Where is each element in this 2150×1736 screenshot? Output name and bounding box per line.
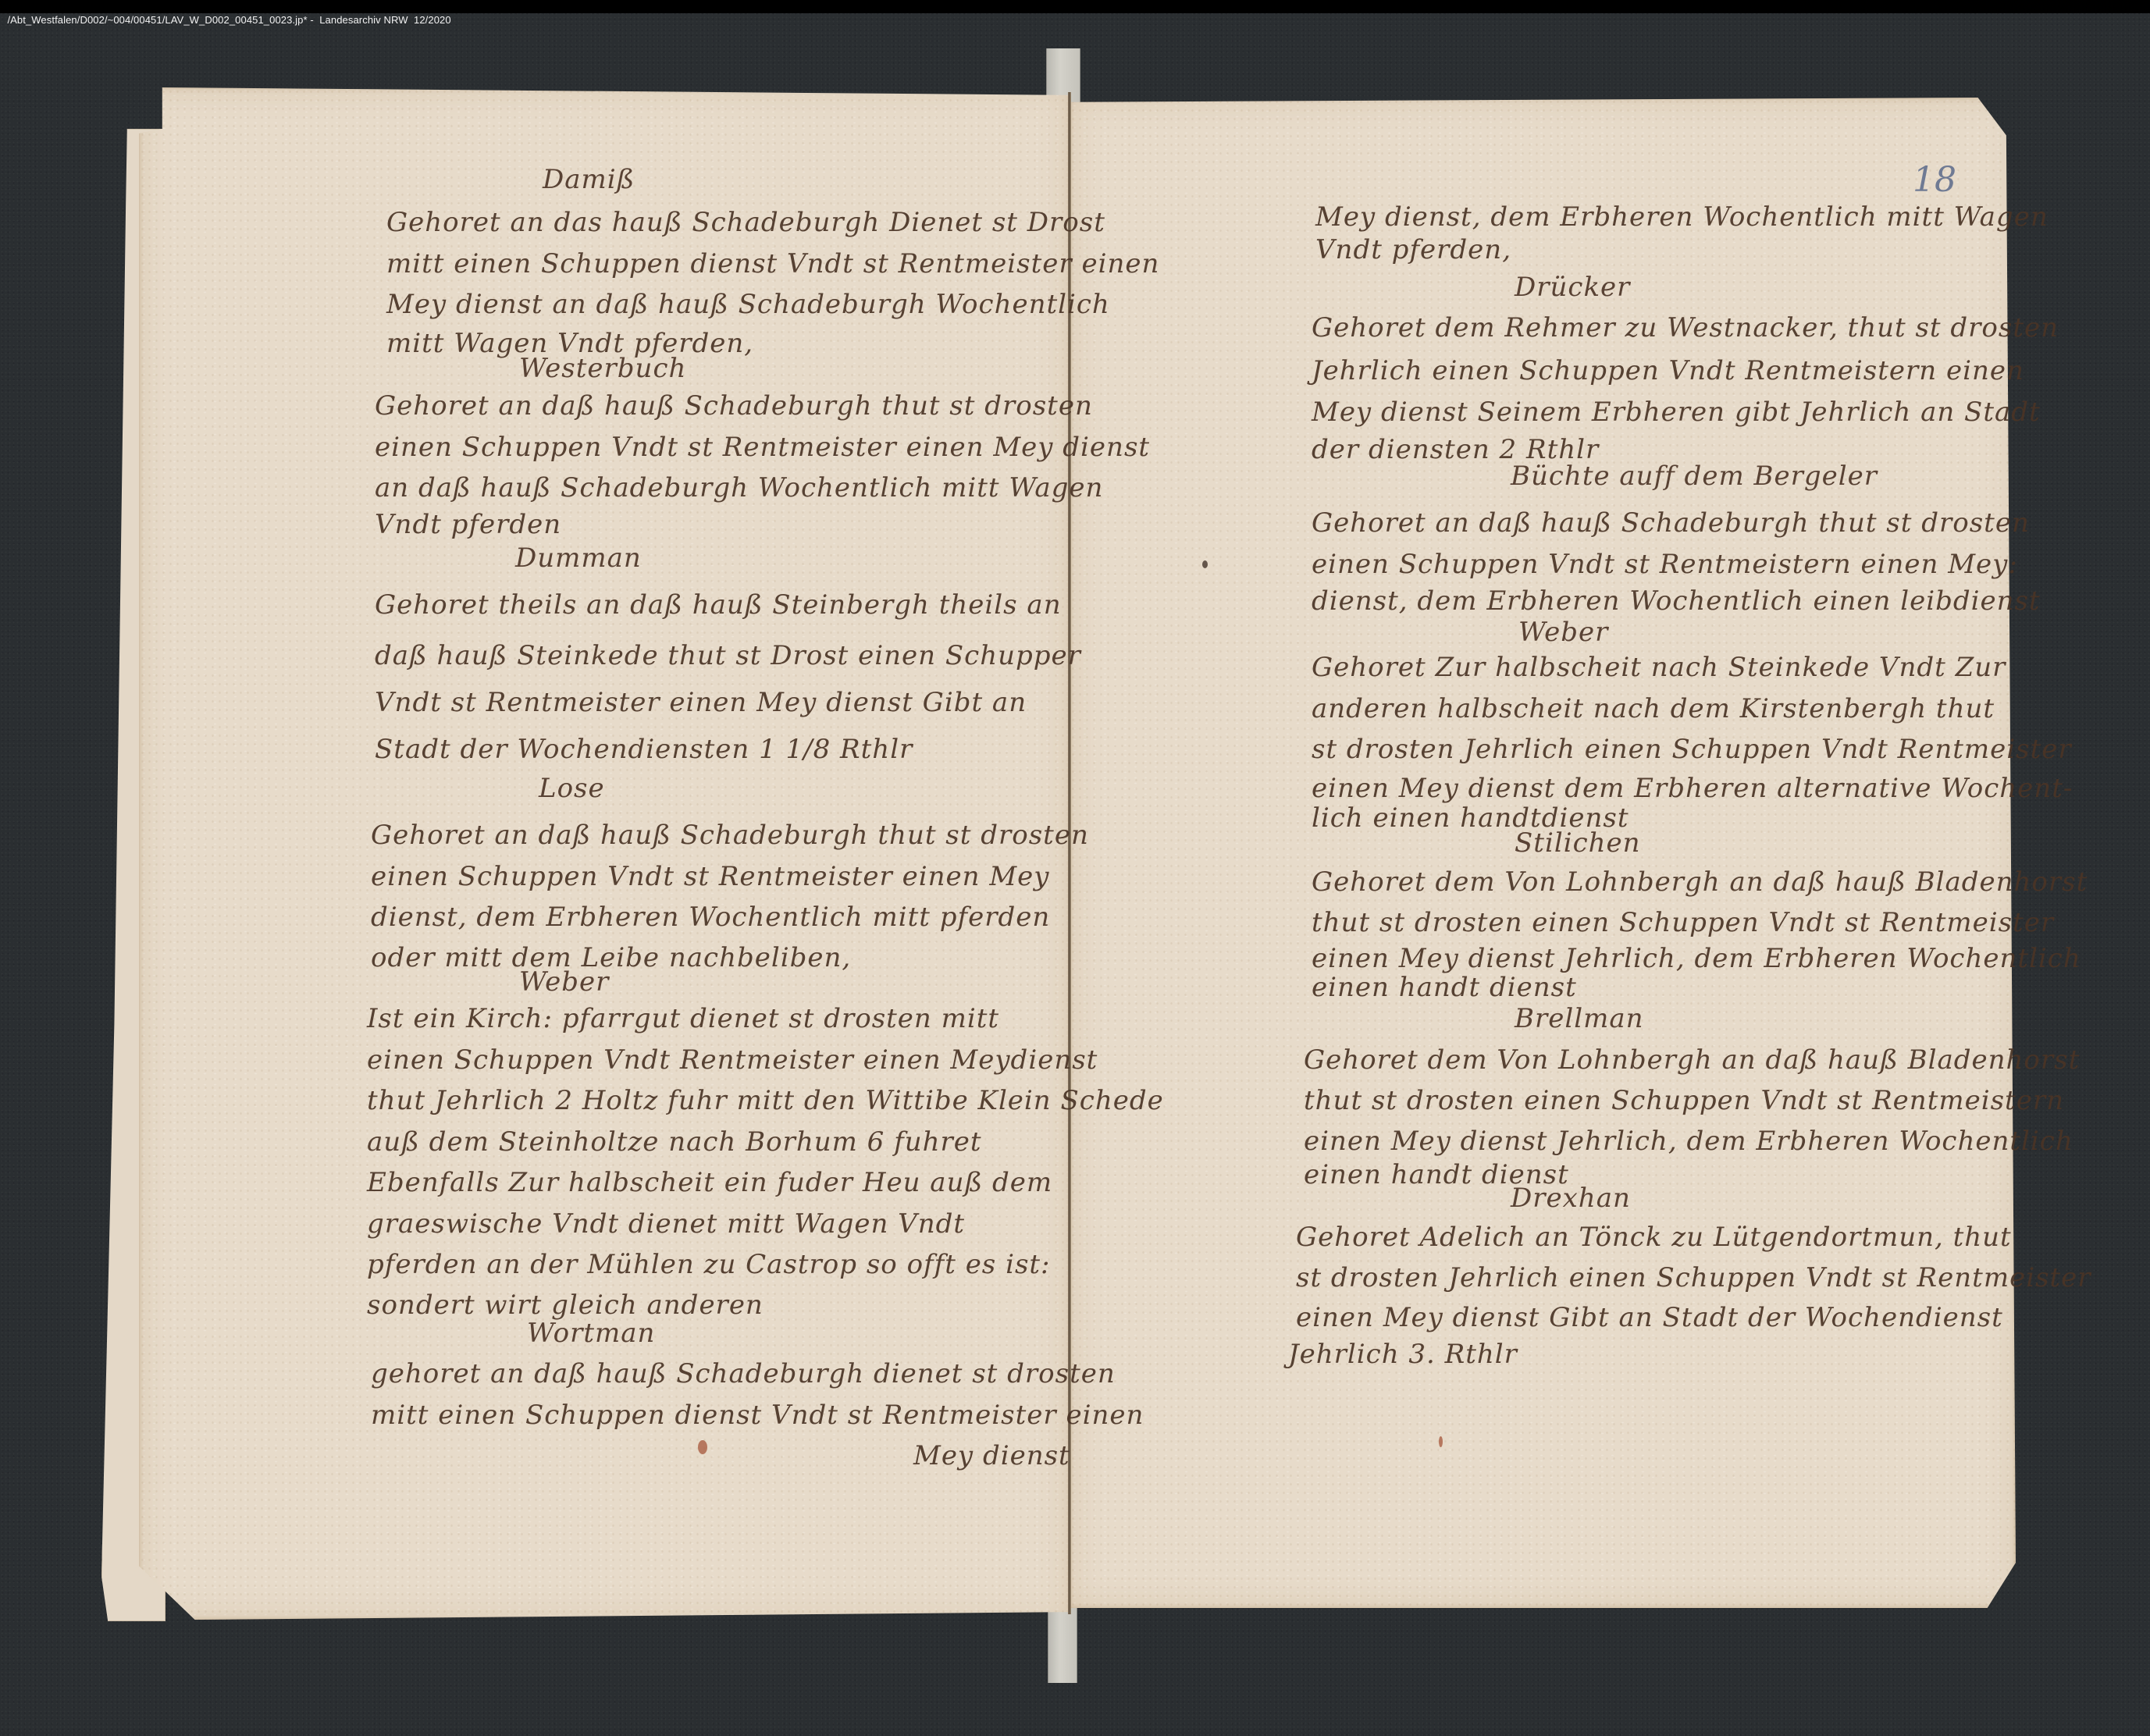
- text-line: einen Schuppen Vndt st Rentmeister einen…: [375, 432, 1150, 463]
- entry-heading: Büchte auff dem Bergeler: [1511, 461, 1878, 492]
- text-line: Vndt pferden,: [1315, 234, 1511, 265]
- text-line: einen Mey dienst Jehrlich, dem Erbheren …: [1304, 1126, 2073, 1157]
- entry-heading: Stilichen: [1515, 827, 1641, 859]
- text-line: Vndt st Rentmeister einen Mey dienst Gib…: [375, 687, 1027, 718]
- entry-heading: Wortman: [527, 1318, 655, 1349]
- text-line: graeswische Vndt dienet mitt Wagen Vndt: [367, 1208, 965, 1240]
- text-line: Gehoret an daß hauß Schadeburgh thut st …: [371, 820, 1089, 851]
- text-line: Ebenfalls Zur halbscheit ein fuder Heu a…: [367, 1167, 1052, 1198]
- text-line: einen Mey dienst Gibt an Stadt der Woche…: [1296, 1302, 2003, 1333]
- entry-heading: Westerbuch: [519, 353, 686, 384]
- text-line: mitt einen Schuppen dienst Vndt st Rentm…: [386, 248, 1159, 279]
- entry-heading: Lose: [539, 773, 605, 804]
- text-line: anderen halbscheit nach dem Kirstenbergh…: [1312, 693, 1995, 724]
- text-line: daß hauß Steinkede thut st Drost einen S…: [375, 640, 1081, 671]
- text-line: Stadt der Wochendiensten 1 1/8 Rthlr: [375, 734, 913, 765]
- text-line: gehoret an daß hauß Schadeburgh dienet s…: [371, 1358, 1116, 1389]
- text-line: thut Jehrlich 2 Holtz fuhr mitt den Witt…: [367, 1085, 1164, 1116]
- window-title-bar: /Abt_Westfalen/D002/~004/00451/LAV_W_D00…: [0, 0, 2150, 13]
- text-line: sondert wirt gleich anderen: [367, 1290, 764, 1321]
- entry-heading: Drücker: [1515, 272, 1630, 303]
- text-line: Gehoret dem Von Lohnbergh an daß hauß Bl…: [1304, 1044, 2080, 1076]
- text-line: Gehoret dem Rehmer zu Westnacker, thut s…: [1312, 312, 2059, 343]
- text-line: Mey dienst, dem Erbheren Wochentlich mit…: [1315, 201, 2049, 233]
- text-line: Ist ein Kirch: pfarrgut dienet st droste…: [367, 1003, 999, 1034]
- entry-heading: Brellman: [1515, 1003, 1644, 1034]
- text-line: Jehrlich einen Schuppen Vndt Rentmeister…: [1312, 355, 2024, 386]
- text-line: einen Schuppen Vndt st Rentmeistern eine…: [1312, 549, 2018, 580]
- window-title: /Abt_Westfalen/D002/~004/00451/LAV_W_D00…: [7, 14, 450, 26]
- rust-spot: [698, 1440, 707, 1454]
- folio-number: 18: [1913, 160, 1956, 200]
- text-line: einen Mey dienst dem Erbheren alternativ…: [1312, 773, 2073, 804]
- text-line: Gehoret Zur halbscheit nach Steinkede Vn…: [1312, 652, 2006, 683]
- text-line: Mey dienst Seinem Erbheren gibt Jehrlich…: [1312, 397, 2041, 428]
- text-line: dienst, dem Erbheren Wochentlich mitt pf…: [371, 902, 1050, 933]
- text-line: st drosten Jehrlich einen Schuppen Vndt …: [1296, 1262, 2091, 1293]
- text-line: einen Schuppen Vndt st Rentmeister einen…: [371, 861, 1049, 892]
- text-line: thut st drosten einen Schuppen Vndt st R…: [1304, 1085, 2064, 1116]
- text-line: thut st drosten einen Schuppen Vndt st R…: [1312, 907, 2054, 938]
- text-line: Gehoret an daß hauß Schadeburgh thut st …: [1312, 507, 2030, 539]
- text-line: Mey dienst an daß hauß Schadeburgh Woche…: [386, 289, 1110, 320]
- text-line: Gehoret dem Von Lohnbergh an daß hauß Bl…: [1312, 866, 2088, 898]
- text-line: an daß hauß Schadeburgh Wochentlich mitt…: [375, 472, 1103, 503]
- text-line: einen Mey dienst Jehrlich, dem Erbheren …: [1312, 943, 2081, 974]
- text-line: einen handt dienst: [1312, 972, 1577, 1003]
- text-line: Gehoret Adelich an Tönck zu Lütgendortmu…: [1296, 1222, 2012, 1253]
- text-line: mitt einen Schuppen dienst Vndt st Rentm…: [371, 1400, 1144, 1431]
- text-line: Mey dienst: [913, 1440, 1070, 1471]
- text-line: pferden an der Mühlen zu Castrop so offt…: [367, 1249, 1051, 1280]
- entry-heading: Weber: [519, 966, 609, 998]
- rust-spot: [1439, 1436, 1443, 1447]
- text-line: st drosten Jehrlich einen Schuppen Vndt …: [1312, 734, 2072, 765]
- text-line: auß dem Steinholtze nach Borhum 6 fuhret: [367, 1126, 982, 1158]
- text-line: Jehrlich 3. Rthlr: [1288, 1339, 1518, 1370]
- entry-heading: Damiß: [543, 164, 635, 195]
- spine-tape-bottom: [1048, 1600, 1077, 1683]
- text-line: dienst, dem Erbheren Wochentlich einen l…: [1312, 585, 2041, 617]
- text-line: Gehoret theils an daß hauß Steinbergh th…: [375, 589, 1062, 621]
- text-line: oder mitt dem Leibe nachbeliben,: [371, 942, 851, 973]
- text-line: Vndt pferden: [375, 509, 561, 540]
- text-line: Gehoret an daß hauß Schadeburgh thut st …: [375, 390, 1093, 422]
- entry-heading: Drexhan: [1511, 1183, 1631, 1214]
- entry-heading: Dumman: [515, 542, 642, 574]
- text-line: Gehoret an das hauß Schadeburgh Dienet s…: [386, 207, 1105, 238]
- text-line: einen Schuppen Vndt Rentmeister einen Me…: [367, 1044, 1098, 1076]
- ink-stain: [1202, 560, 1208, 568]
- entry-heading: Weber: [1518, 617, 1608, 648]
